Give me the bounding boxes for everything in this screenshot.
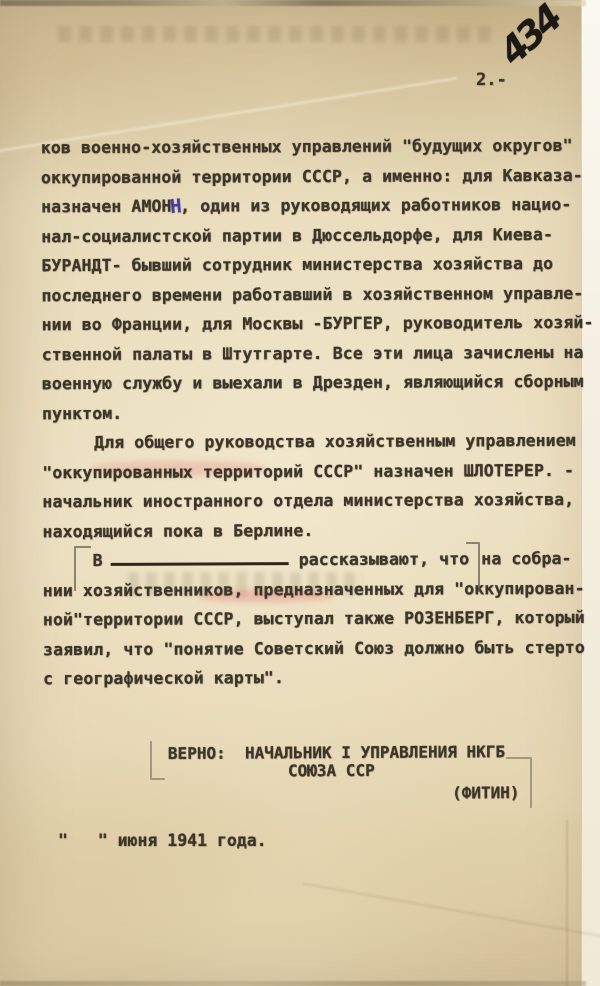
typewritten-line: заявил, что "понятие Советский Союз долж… — [43, 632, 591, 664]
typewritten-line-with-blank: Врассказывают, чтона собра- — [43, 544, 591, 576]
date-line: " " июня 1941 года. — [58, 831, 267, 850]
line-text: рассказывают, что — [299, 549, 470, 569]
certification-line: ВЕРНО: НАЧАЛЬНИК I УПРАВЛЕНИЯ НКГБ — [168, 743, 520, 762]
bleed-through-artifact — [58, 26, 498, 42]
paper-crease — [566, 820, 568, 986]
paper-bottom-edge — [0, 981, 586, 986]
typewritten-line: ственной палаты в Штутгарте. Все эти лиц… — [42, 337, 590, 369]
typewritten-line: оккупированной территории СССР, а именно… — [41, 160, 589, 192]
signature-block: ВЕРНО: НАЧАЛЬНИК I УПРАВЛЕНИЯ НКГБ СОЮЗА… — [168, 743, 520, 803]
typewritten-line: нал-социалистской партии в Дюссельдорфе,… — [41, 219, 589, 251]
typewritten-line: Для общего руководства хозяйственным упр… — [42, 426, 590, 458]
typewritten-line: ков военно-хозяйственных управлений "буд… — [41, 131, 589, 163]
certification-line: СОЮЗА ССР — [288, 761, 520, 780]
typewritten-line: БУРАНДТ- бывший сотрудник министерства х… — [41, 249, 589, 281]
line-text: назначен АМОН — [41, 197, 172, 217]
typewritten-line: последнего времени работавший в хозяйств… — [41, 278, 589, 310]
typed-page-number: 2.- — [476, 70, 507, 90]
scanned-document-page: 434 2.- ков военно-хозяйственных управле… — [0, 0, 600, 986]
typewritten-line: пунктом. — [42, 396, 590, 428]
line-text: В — [93, 551, 103, 570]
typewritten-line: назначен АМОНН, один из руководящих рабо… — [41, 190, 589, 222]
typewritten-line: начальник иностранного отдела министерст… — [42, 485, 590, 517]
signatory-name: (ФИТИН) — [452, 784, 520, 802]
typewritten-line: с географической карты". — [43, 662, 591, 694]
typewritten-line: "оккупированных территорий СССР" назначе… — [42, 455, 590, 487]
typewritten-line: ной"территории СССР, выступал также РОЗЕ… — [43, 603, 591, 635]
typewritten-line: нии хозяйственников, предназначенных для… — [43, 573, 591, 605]
document-body-text: ков военно-хозяйственных управлений "буд… — [41, 131, 591, 694]
line-text: на собра- — [481, 549, 571, 568]
typewritten-line: нии во Франции, для Москвы -БУРГЕР, руко… — [42, 308, 590, 340]
typewritten-line: военную службу и выехали в Дрезден, явля… — [42, 367, 590, 399]
pencil-bracket-open — [150, 741, 165, 780]
typewritten-line: находящийся пока в Берлине. — [42, 514, 590, 546]
handwritten-page-number: 434 — [491, 0, 568, 73]
line-text: , один из руководящих работников нацио- — [180, 195, 571, 216]
paper-crease — [302, 882, 600, 943]
blank-underline — [111, 563, 289, 566]
paper-top-edge — [0, 0, 586, 6]
